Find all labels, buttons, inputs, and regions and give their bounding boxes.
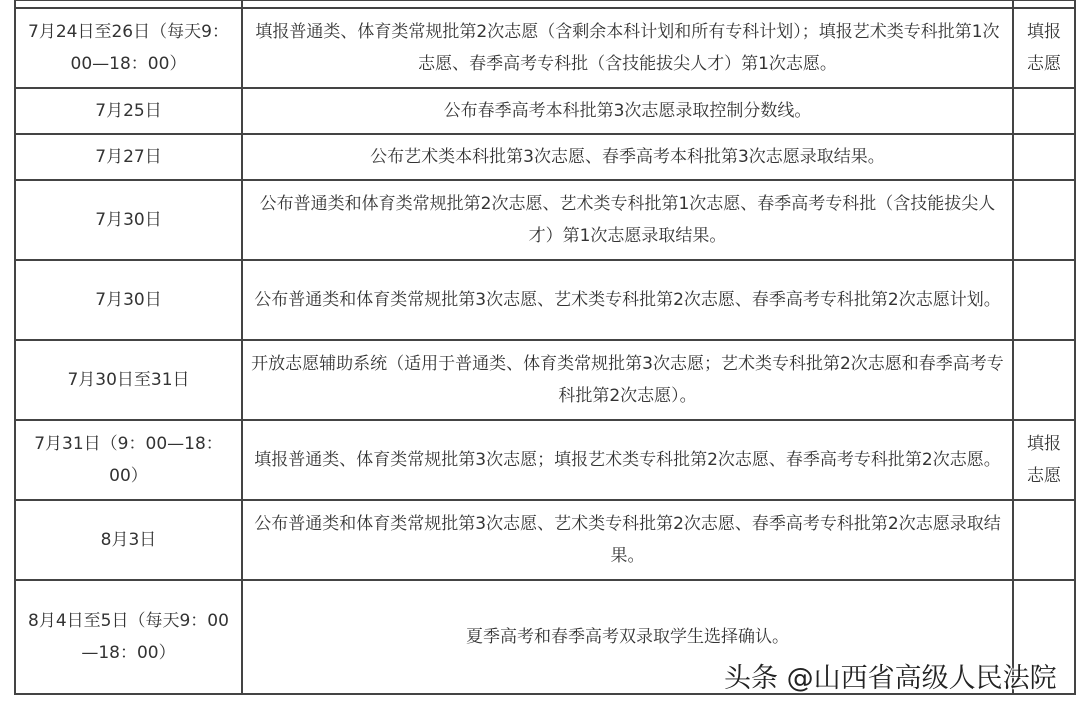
event-cell: 填报普通类、体育类常规批第2次志愿（含剩余本科计划和所有专科计划）；填报艺术类专… bbox=[242, 8, 1013, 88]
table-row: 7月30日至31日 开放志愿辅助系统（适用于普通类、体育类常规批第3次志愿；艺术… bbox=[15, 340, 1075, 420]
table-row: 7月30日 公布普通类和体育类常规批第2次志愿、艺术类专科批第1次志愿、春季高考… bbox=[15, 180, 1075, 260]
event-cell: 开放志愿辅助系统（适用于普通类、体育类常规批第3次志愿；艺术类专科批第2次志愿和… bbox=[242, 340, 1013, 420]
table-cell bbox=[242, 0, 1013, 8]
event-cell: 公布春季高考本科批第3次志愿录取控制分数线。 bbox=[242, 88, 1013, 134]
note-cell bbox=[1013, 180, 1075, 260]
date-cell: 7月27日 bbox=[15, 134, 242, 180]
note-cell bbox=[1013, 260, 1075, 340]
table-row: 7月24日至26日（每天9：00—18：00） 填报普通类、体育类常规批第2次志… bbox=[15, 8, 1075, 88]
event-cell: 公布普通类和体育类常规批第3次志愿、艺术类专科批第2次志愿、春季高考专科批第2次… bbox=[242, 260, 1013, 340]
note-cell bbox=[1013, 500, 1075, 580]
date-cell: 7月30日 bbox=[15, 260, 242, 340]
note-cell bbox=[1013, 88, 1075, 134]
date-cell: 8月4日至5日（每天9：00—18：00） bbox=[15, 580, 242, 694]
event-cell: 公布普通类和体育类常规批第3次志愿、艺术类专科批第2次志愿、春季高考专科批第2次… bbox=[242, 500, 1013, 580]
note-cell bbox=[1013, 340, 1075, 420]
table-row: 7月27日 公布艺术类本科批第3次志愿、春季高考本科批第3次志愿录取结果。 bbox=[15, 134, 1075, 180]
note-cell: 填报志愿 bbox=[1013, 8, 1075, 88]
date-cell: 7月25日 bbox=[15, 88, 242, 134]
admission-schedule-table: 7月24日至26日（每天9：00—18：00） 填报普通类、体育类常规批第2次志… bbox=[14, 0, 1076, 695]
table-row: 8月3日 公布普通类和体育类常规批第3次志愿、艺术类专科批第2次志愿、春季高考专… bbox=[15, 500, 1075, 580]
event-cell: 填报普通类、体育类常规批第3次志愿；填报艺术类专科批第2次志愿、春季高考专科批第… bbox=[242, 420, 1013, 500]
date-cell: 7月30日 bbox=[15, 180, 242, 260]
date-cell: 8月3日 bbox=[15, 500, 242, 580]
table-row: 7月30日 公布普通类和体育类常规批第3次志愿、艺术类专科批第2次志愿、春季高考… bbox=[15, 260, 1075, 340]
table-cell bbox=[15, 0, 242, 8]
source-watermark: 头条 @山西省高级人民法院 bbox=[724, 656, 1057, 695]
note-cell bbox=[1013, 134, 1075, 180]
event-cell: 公布艺术类本科批第3次志愿、春季高考本科批第3次志愿录取结果。 bbox=[242, 134, 1013, 180]
date-cell: 7月31日（9：00—18：00） bbox=[15, 420, 242, 500]
table-row: 7月25日 公布春季高考本科批第3次志愿录取控制分数线。 bbox=[15, 88, 1075, 134]
table-cell bbox=[1013, 0, 1075, 8]
schedule-page: 7月24日至26日（每天9：00—18：00） 填报普通类、体育类常规批第2次志… bbox=[0, 0, 1080, 707]
date-cell: 7月24日至26日（每天9：00—18：00） bbox=[15, 8, 242, 88]
note-cell: 填报志愿 bbox=[1013, 420, 1075, 500]
table-row: 7月31日（9：00—18：00） 填报普通类、体育类常规批第3次志愿；填报艺术… bbox=[15, 420, 1075, 500]
date-cell: 7月30日至31日 bbox=[15, 340, 242, 420]
event-cell: 公布普通类和体育类常规批第2次志愿、艺术类专科批第1次志愿、春季高考专科批（含技… bbox=[242, 180, 1013, 260]
table-row-top-edge bbox=[15, 0, 1075, 8]
